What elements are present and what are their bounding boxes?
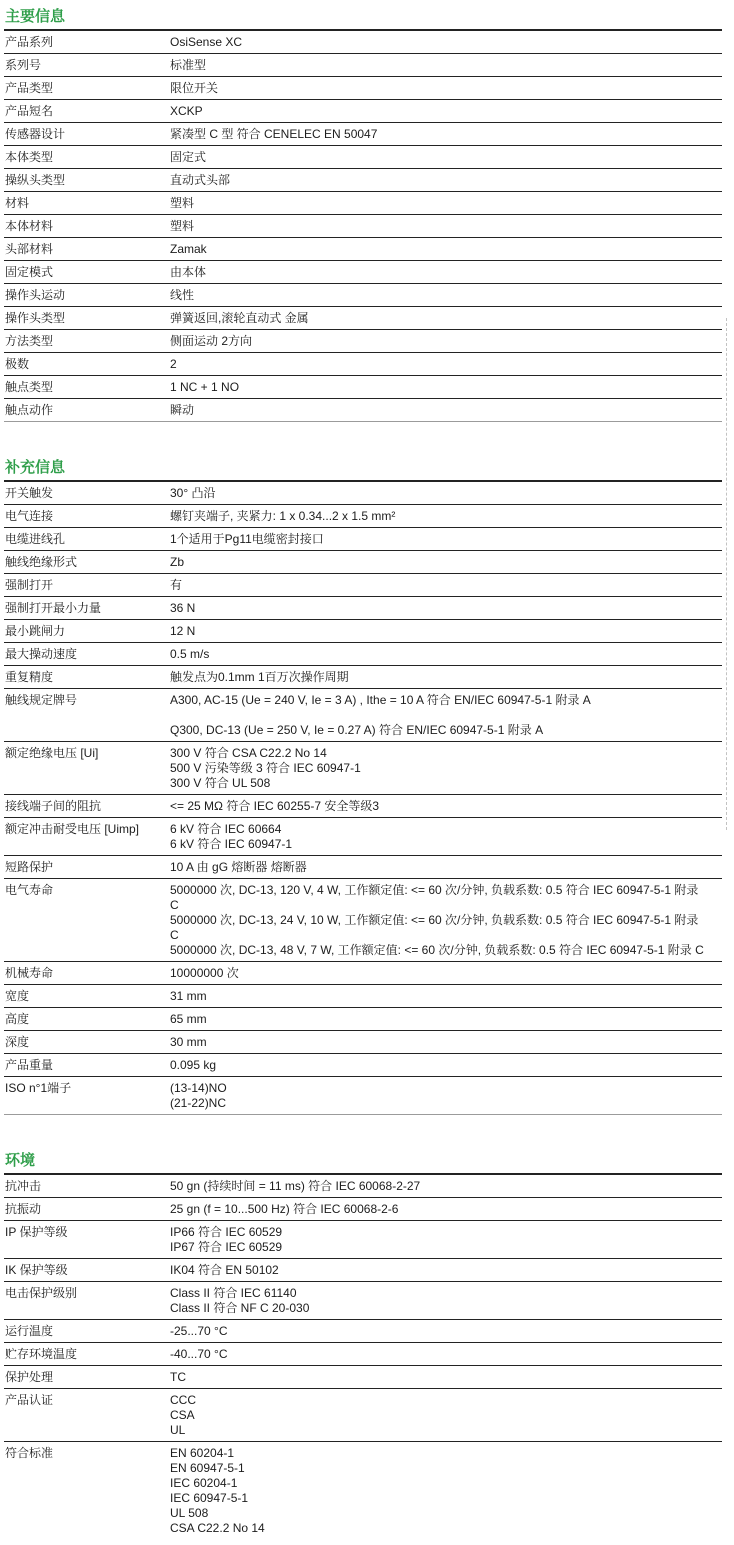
spec-label: 电击保护级别 bbox=[4, 1286, 170, 1301]
spec-value: 瞬动 bbox=[170, 403, 722, 418]
spec-value: 300 V 符合 CSA C22.2 No 14 500 V 污染等级 3 符合… bbox=[170, 746, 722, 791]
spec-value: 31 mm bbox=[170, 989, 722, 1004]
spec-row: 短路保护 10 A 由 gG 熔断器 熔断器 bbox=[4, 856, 722, 879]
spec-label: IP 保护等级 bbox=[4, 1225, 170, 1240]
spec-label: 触线绝缘形式 bbox=[4, 555, 170, 570]
spec-label: 本体类型 bbox=[4, 150, 170, 165]
spec-row: 触点类型 1 NC + 1 NO bbox=[4, 376, 722, 399]
spec-value: 10000000 次 bbox=[170, 966, 722, 981]
spec-value: 触发点为0.1mm 1百万次操作周期 bbox=[170, 670, 722, 685]
spec-label: 产品类型 bbox=[4, 81, 170, 96]
spec-label: 电气连接 bbox=[4, 509, 170, 524]
spec-value: 有 bbox=[170, 578, 722, 593]
spec-value: EN 60204-1 EN 60947-5-1 IEC 60204-1 IEC … bbox=[170, 1446, 722, 1536]
spec-label: 贮存环境温度 bbox=[4, 1347, 170, 1362]
spec-label: 极数 bbox=[4, 357, 170, 372]
spec-value: 固定式 bbox=[170, 150, 722, 165]
spec-row: 电缆进线孔 1个适用于Pg11电缆密封接口 bbox=[4, 528, 722, 551]
spec-value: 1个适用于Pg11电缆密封接口 bbox=[170, 532, 722, 547]
spec-value: 2 bbox=[170, 357, 722, 372]
spec-rows: 抗冲击 50 gn (持续时间 = 11 ms) 符合 IEC 60068-2-… bbox=[4, 1175, 722, 1539]
spec-row: 贮存环境温度 -40...70 °C bbox=[4, 1343, 722, 1366]
spec-row: 头部材料 Zamak bbox=[4, 238, 722, 261]
spec-row: 接线端子间的阻抗 <= 25 MΩ 符合 IEC 60255-7 安全等级3 bbox=[4, 795, 722, 818]
spec-value: 限位开关 bbox=[170, 81, 722, 96]
spec-label: 抗冲击 bbox=[4, 1179, 170, 1194]
spec-label: 额定绝缘电压 [Ui] bbox=[4, 746, 170, 761]
spec-row: 高度 65 mm bbox=[4, 1008, 722, 1031]
spec-label: 操作头类型 bbox=[4, 311, 170, 326]
spec-row: 重复精度 触发点为0.1mm 1百万次操作周期 bbox=[4, 666, 722, 689]
spec-label: 产品短名 bbox=[4, 104, 170, 119]
spec-label: 运行温度 bbox=[4, 1324, 170, 1339]
spec-row: 保护处理 TC bbox=[4, 1366, 722, 1389]
spec-row: 本体类型 固定式 bbox=[4, 146, 722, 169]
spec-label: 触点类型 bbox=[4, 380, 170, 395]
spec-value: 12 N bbox=[170, 624, 722, 639]
spec-row: 触线绝缘形式 Zb bbox=[4, 551, 722, 574]
spec-row: 开关触发 30° 凸沿 bbox=[4, 482, 722, 505]
spec-value: Class II 符合 IEC 61140 Class II 符合 NF C 2… bbox=[170, 1286, 722, 1316]
spec-label: 触线规定牌号 bbox=[4, 693, 170, 708]
spec-label: 产品认证 bbox=[4, 1393, 170, 1408]
spec-row: IK 保护等级 IK04 符合 EN 50102 bbox=[4, 1259, 722, 1282]
spec-value: 直动式头部 bbox=[170, 173, 722, 188]
spec-label: 额定冲击耐受电压 [Uimp] bbox=[4, 822, 170, 837]
spec-label: 产品重量 bbox=[4, 1058, 170, 1073]
section-title: 补充信息 bbox=[4, 459, 722, 482]
spec-row: 最小跳闸力 12 N bbox=[4, 620, 722, 643]
spec-value: 25 gn (f = 10...500 Hz) 符合 IEC 60068-2-6 bbox=[170, 1202, 722, 1217]
spec-value: CCC CSA UL bbox=[170, 1393, 722, 1438]
section-title: 环境 bbox=[4, 1152, 722, 1175]
spec-row: 传感器设计 紧凑型 C 型 符合 CENELEC EN 50047 bbox=[4, 123, 722, 146]
spec-row: 方法类型 侧面运动 2方向 bbox=[4, 330, 722, 353]
section-title: 主要信息 bbox=[4, 8, 722, 31]
spec-label: 短路保护 bbox=[4, 860, 170, 875]
spec-label: 抗振动 bbox=[4, 1202, 170, 1217]
spec-row: 强制打开 有 bbox=[4, 574, 722, 597]
spec-value: 30 mm bbox=[170, 1035, 722, 1050]
spec-value: 由本体 bbox=[170, 265, 722, 280]
spec-value: 36 N bbox=[170, 601, 722, 616]
spec-row: 宽度 31 mm bbox=[4, 985, 722, 1008]
spec-row: 产品重量 0.095 kg bbox=[4, 1054, 722, 1077]
spec-value: <= 25 MΩ 符合 IEC 60255-7 安全等级3 bbox=[170, 799, 722, 814]
spec-row: 抗振动 25 gn (f = 10...500 Hz) 符合 IEC 60068… bbox=[4, 1198, 722, 1221]
spec-label: ISO n°1端子 bbox=[4, 1081, 170, 1096]
spec-value: 弹簧返回,滚轮直动式 金属 bbox=[170, 311, 722, 326]
spec-value: 侧面运动 2方向 bbox=[170, 334, 722, 349]
spec-value: (13-14)NO (21-22)NC bbox=[170, 1081, 722, 1111]
spec-label: 操纵头类型 bbox=[4, 173, 170, 188]
spec-label: 强制打开最小力量 bbox=[4, 601, 170, 616]
spec-label: 产品系列 bbox=[4, 35, 170, 50]
spec-label: 传感器设计 bbox=[4, 127, 170, 142]
spec-value: 塑料 bbox=[170, 219, 722, 234]
spec-value: 6 kV 符合 IEC 60664 6 kV 符合 IEC 60947-1 bbox=[170, 822, 722, 852]
spec-row: 本体材料 塑料 bbox=[4, 215, 722, 238]
spec-value: 线性 bbox=[170, 288, 722, 303]
spec-value: XCKP bbox=[170, 104, 722, 119]
spec-value: OsiSense XC bbox=[170, 35, 722, 50]
spec-value: 1 NC + 1 NO bbox=[170, 380, 722, 395]
spec-label: IK 保护等级 bbox=[4, 1263, 170, 1278]
spec-row: 操作头运动 线性 bbox=[4, 284, 722, 307]
spec-label: 保护处理 bbox=[4, 1370, 170, 1385]
spec-row: 抗冲击 50 gn (持续时间 = 11 ms) 符合 IEC 60068-2-… bbox=[4, 1175, 722, 1198]
spec-value: 5000000 次, DC-13, 120 V, 4 W, 工作额定值: <= … bbox=[170, 883, 722, 958]
spec-row: 符合标准 EN 60204-1 EN 60947-5-1 IEC 60204-1… bbox=[4, 1442, 722, 1539]
spec-section: 主要信息 产品系列 OsiSense XC 系列号 标准型 产品类型 限位开关 … bbox=[4, 8, 722, 422]
spec-label: 方法类型 bbox=[4, 334, 170, 349]
spec-label: 开关触发 bbox=[4, 486, 170, 501]
spec-label: 接线端子间的阻抗 bbox=[4, 799, 170, 814]
spec-value: 65 mm bbox=[170, 1012, 722, 1027]
spec-label: 重复精度 bbox=[4, 670, 170, 685]
spec-label: 材料 bbox=[4, 196, 170, 211]
spec-value: -25...70 °C bbox=[170, 1324, 722, 1339]
spec-row: 产品短名 XCKP bbox=[4, 100, 722, 123]
spec-row: 触线规定牌号 A300, AC-15 (Ue = 240 V, Ie = 3 A… bbox=[4, 689, 722, 742]
spec-row: IP 保护等级 IP66 符合 IEC 60529 IP67 符合 IEC 60… bbox=[4, 1221, 722, 1259]
spec-rows: 产品系列 OsiSense XC 系列号 标准型 产品类型 限位开关 产品短名 … bbox=[4, 31, 722, 422]
spec-value: -40...70 °C bbox=[170, 1347, 722, 1362]
spec-label: 触点动作 bbox=[4, 403, 170, 418]
spec-row: 产品认证 CCC CSA UL bbox=[4, 1389, 722, 1442]
spec-label: 系列号 bbox=[4, 58, 170, 73]
spec-value: TC bbox=[170, 1370, 722, 1385]
spec-row: 触点动作 瞬动 bbox=[4, 399, 722, 422]
spec-label: 宽度 bbox=[4, 989, 170, 1004]
spec-value: 50 gn (持续时间 = 11 ms) 符合 IEC 60068-2-27 bbox=[170, 1179, 722, 1194]
spec-value: IK04 符合 EN 50102 bbox=[170, 1263, 722, 1278]
spec-row: 电气寿命 5000000 次, DC-13, 120 V, 4 W, 工作额定值… bbox=[4, 879, 722, 962]
spec-label: 电缆进线孔 bbox=[4, 532, 170, 547]
spec-label: 本体材料 bbox=[4, 219, 170, 234]
spec-value: 塑料 bbox=[170, 196, 722, 211]
spec-row: 额定冲击耐受电压 [Uimp] 6 kV 符合 IEC 60664 6 kV 符… bbox=[4, 818, 722, 856]
spec-row: ISO n°1端子 (13-14)NO (21-22)NC bbox=[4, 1077, 722, 1115]
spec-value: 0.095 kg bbox=[170, 1058, 722, 1073]
page-margin-guide bbox=[726, 318, 727, 830]
spec-label: 操作头运动 bbox=[4, 288, 170, 303]
spec-section: 补充信息 开关触发 30° 凸沿 电气连接 螺钉夹端子, 夹紧力: 1 x 0.… bbox=[4, 459, 722, 1115]
spec-row: 产品类型 限位开关 bbox=[4, 77, 722, 100]
spec-row: 固定模式 由本体 bbox=[4, 261, 722, 284]
spec-row: 深度 30 mm bbox=[4, 1031, 722, 1054]
spec-row: 极数 2 bbox=[4, 353, 722, 376]
spec-row: 额定绝缘电压 [Ui] 300 V 符合 CSA C22.2 No 14 500… bbox=[4, 742, 722, 795]
spec-row: 系列号 标准型 bbox=[4, 54, 722, 77]
spec-row: 最大操动速度 0.5 m/s bbox=[4, 643, 722, 666]
spec-value: A300, AC-15 (Ue = 240 V, Ie = 3 A) , Ith… bbox=[170, 693, 722, 738]
spec-label: 头部材料 bbox=[4, 242, 170, 257]
spec-label: 固定模式 bbox=[4, 265, 170, 280]
spec-value: IP66 符合 IEC 60529 IP67 符合 IEC 60529 bbox=[170, 1225, 722, 1255]
spec-value: 标准型 bbox=[170, 58, 722, 73]
spec-label: 深度 bbox=[4, 1035, 170, 1050]
spec-label: 强制打开 bbox=[4, 578, 170, 593]
product-spec-page: 主要信息 产品系列 OsiSense XC 系列号 标准型 产品类型 限位开关 … bbox=[0, 0, 734, 1545]
spec-label: 电气寿命 bbox=[4, 883, 170, 898]
spec-value: 30° 凸沿 bbox=[170, 486, 722, 501]
spec-rows: 开关触发 30° 凸沿 电气连接 螺钉夹端子, 夹紧力: 1 x 0.34...… bbox=[4, 482, 722, 1115]
spec-value: 螺钉夹端子, 夹紧力: 1 x 0.34...2 x 1.5 mm² bbox=[170, 509, 722, 524]
spec-row: 操作头类型 弹簧返回,滚轮直动式 金属 bbox=[4, 307, 722, 330]
spec-value: 0.5 m/s bbox=[170, 647, 722, 662]
spec-row: 机械寿命 10000000 次 bbox=[4, 962, 722, 985]
spec-label: 机械寿命 bbox=[4, 966, 170, 981]
spec-value: 紧凑型 C 型 符合 CENELEC EN 50047 bbox=[170, 127, 722, 142]
spec-label: 最大操动速度 bbox=[4, 647, 170, 662]
spec-value: Zamak bbox=[170, 242, 722, 257]
spec-value: Zb bbox=[170, 555, 722, 570]
spec-section: 环境 抗冲击 50 gn (持续时间 = 11 ms) 符合 IEC 60068… bbox=[4, 1152, 722, 1539]
spec-label: 符合标准 bbox=[4, 1446, 170, 1461]
spec-label: 最小跳闸力 bbox=[4, 624, 170, 639]
spec-row: 产品系列 OsiSense XC bbox=[4, 31, 722, 54]
spec-row: 操纵头类型 直动式头部 bbox=[4, 169, 722, 192]
spec-row: 强制打开最小力量 36 N bbox=[4, 597, 722, 620]
spec-label: 高度 bbox=[4, 1012, 170, 1027]
spec-row: 电气连接 螺钉夹端子, 夹紧力: 1 x 0.34...2 x 1.5 mm² bbox=[4, 505, 722, 528]
spec-row: 电击保护级别 Class II 符合 IEC 61140 Class II 符合… bbox=[4, 1282, 722, 1320]
spec-row: 运行温度 -25...70 °C bbox=[4, 1320, 722, 1343]
spec-value: 10 A 由 gG 熔断器 熔断器 bbox=[170, 860, 722, 875]
spec-row: 材料 塑料 bbox=[4, 192, 722, 215]
